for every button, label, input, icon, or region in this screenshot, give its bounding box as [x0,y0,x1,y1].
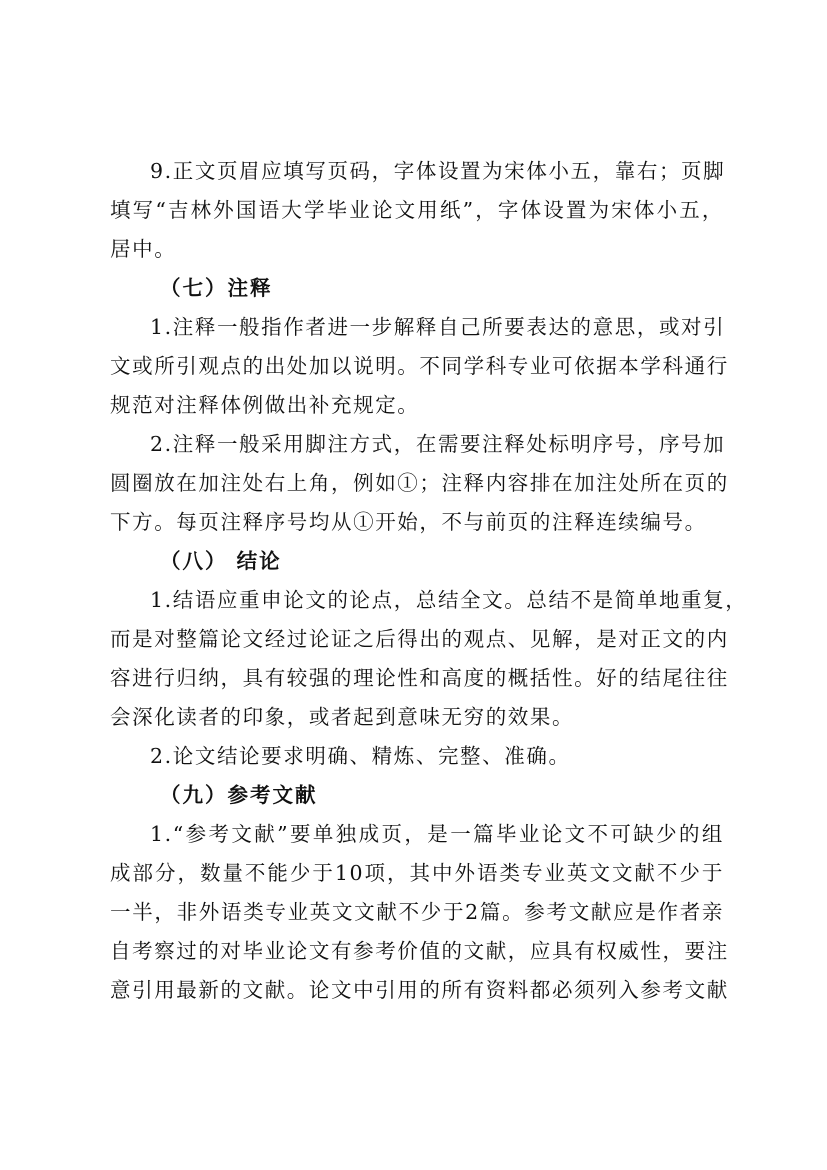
text-line: 圆圈放在加注处右上角，例如①；注释内容排在加注处所在页的 [110,464,724,503]
section-heading-conclusion: （八） 结论 [110,542,724,581]
text-line: 1.注释一般指作者进一步解释自己所要表达的意思，或对引 [110,308,724,347]
text-line: 而是对整篇论文经过论证之后得出的观点、见解，是对正文的内 [110,620,724,659]
paragraph-references-1: 1.“参考文献”要单独成页，是一篇毕业论文不可缺少的组 成部分，数量不能少于10… [110,815,724,1010]
document-page: 9.正文页眉应填写页码，字体设置为宋体小五，靠右；页脚 填写“吉林外国语大学毕业… [110,152,724,1010]
text-line: 成部分，数量不能少于10项，其中外语类专业英文文献不少于 [110,854,724,893]
section-heading-references: （九）参考文献 [110,776,724,815]
paragraph-conclusion-1: 1.结语应重申论文的论点，总结全文。总结不是简单地重复， 而是对整篇论文经过论证… [110,581,724,737]
paragraph-notes-1: 1.注释一般指作者进一步解释自己所要表达的意思，或对引 文或所引观点的出处加以说… [110,308,724,425]
text-line: 填写“吉林外国语大学毕业论文用纸”，字体设置为宋体小五， [110,191,724,230]
text-line: 自考察过的对毕业论文有参考价值的文献，应具有权威性，要注 [110,932,724,971]
text-line: 下方。每页注释序号均从①开始，不与前页的注释连续编号。 [110,503,724,542]
text-line: 居中。 [110,230,724,269]
text-line: 意引用最新的文献。论文中引用的所有资料都必须列入参考文献 [110,971,724,1010]
paragraph-item-9-header-footer: 9.正文页眉应填写页码，字体设置为宋体小五，靠右；页脚 填写“吉林外国语大学毕业… [110,152,724,269]
text-line: 1.“参考文献”要单独成页，是一篇毕业论文不可缺少的组 [110,815,724,854]
text-line: 1.结语应重申论文的论点，总结全文。总结不是简单地重复， [110,581,724,620]
text-line: 容进行归纳，具有较强的理论性和高度的概括性。好的结尾往往 [110,659,724,698]
text-line: 会深化读者的印象，或者起到意味无穷的效果。 [110,698,724,737]
text-line: 一半，非外语类专业英文文献不少于2篇。参考文献应是作者亲 [110,893,724,932]
paragraph-notes-2: 2.注释一般采用脚注方式，在需要注释处标明序号，序号加 圆圈放在加注处右上角，例… [110,425,724,542]
section-heading-notes: （七）注释 [110,269,724,308]
text-line: 文或所引观点的出处加以说明。不同学科专业可依据本学科通行 [110,347,724,386]
paragraph-conclusion-2: 2.论文结论要求明确、精炼、完整、准确。 [110,737,724,776]
text-line: 规范对注释体例做出补充规定。 [110,386,724,425]
text-line: 2.论文结论要求明确、精炼、完整、准确。 [110,737,724,776]
text-line: 9.正文页眉应填写页码，字体设置为宋体小五，靠右；页脚 [110,152,724,191]
text-line: 2.注释一般采用脚注方式，在需要注释处标明序号，序号加 [110,425,724,464]
